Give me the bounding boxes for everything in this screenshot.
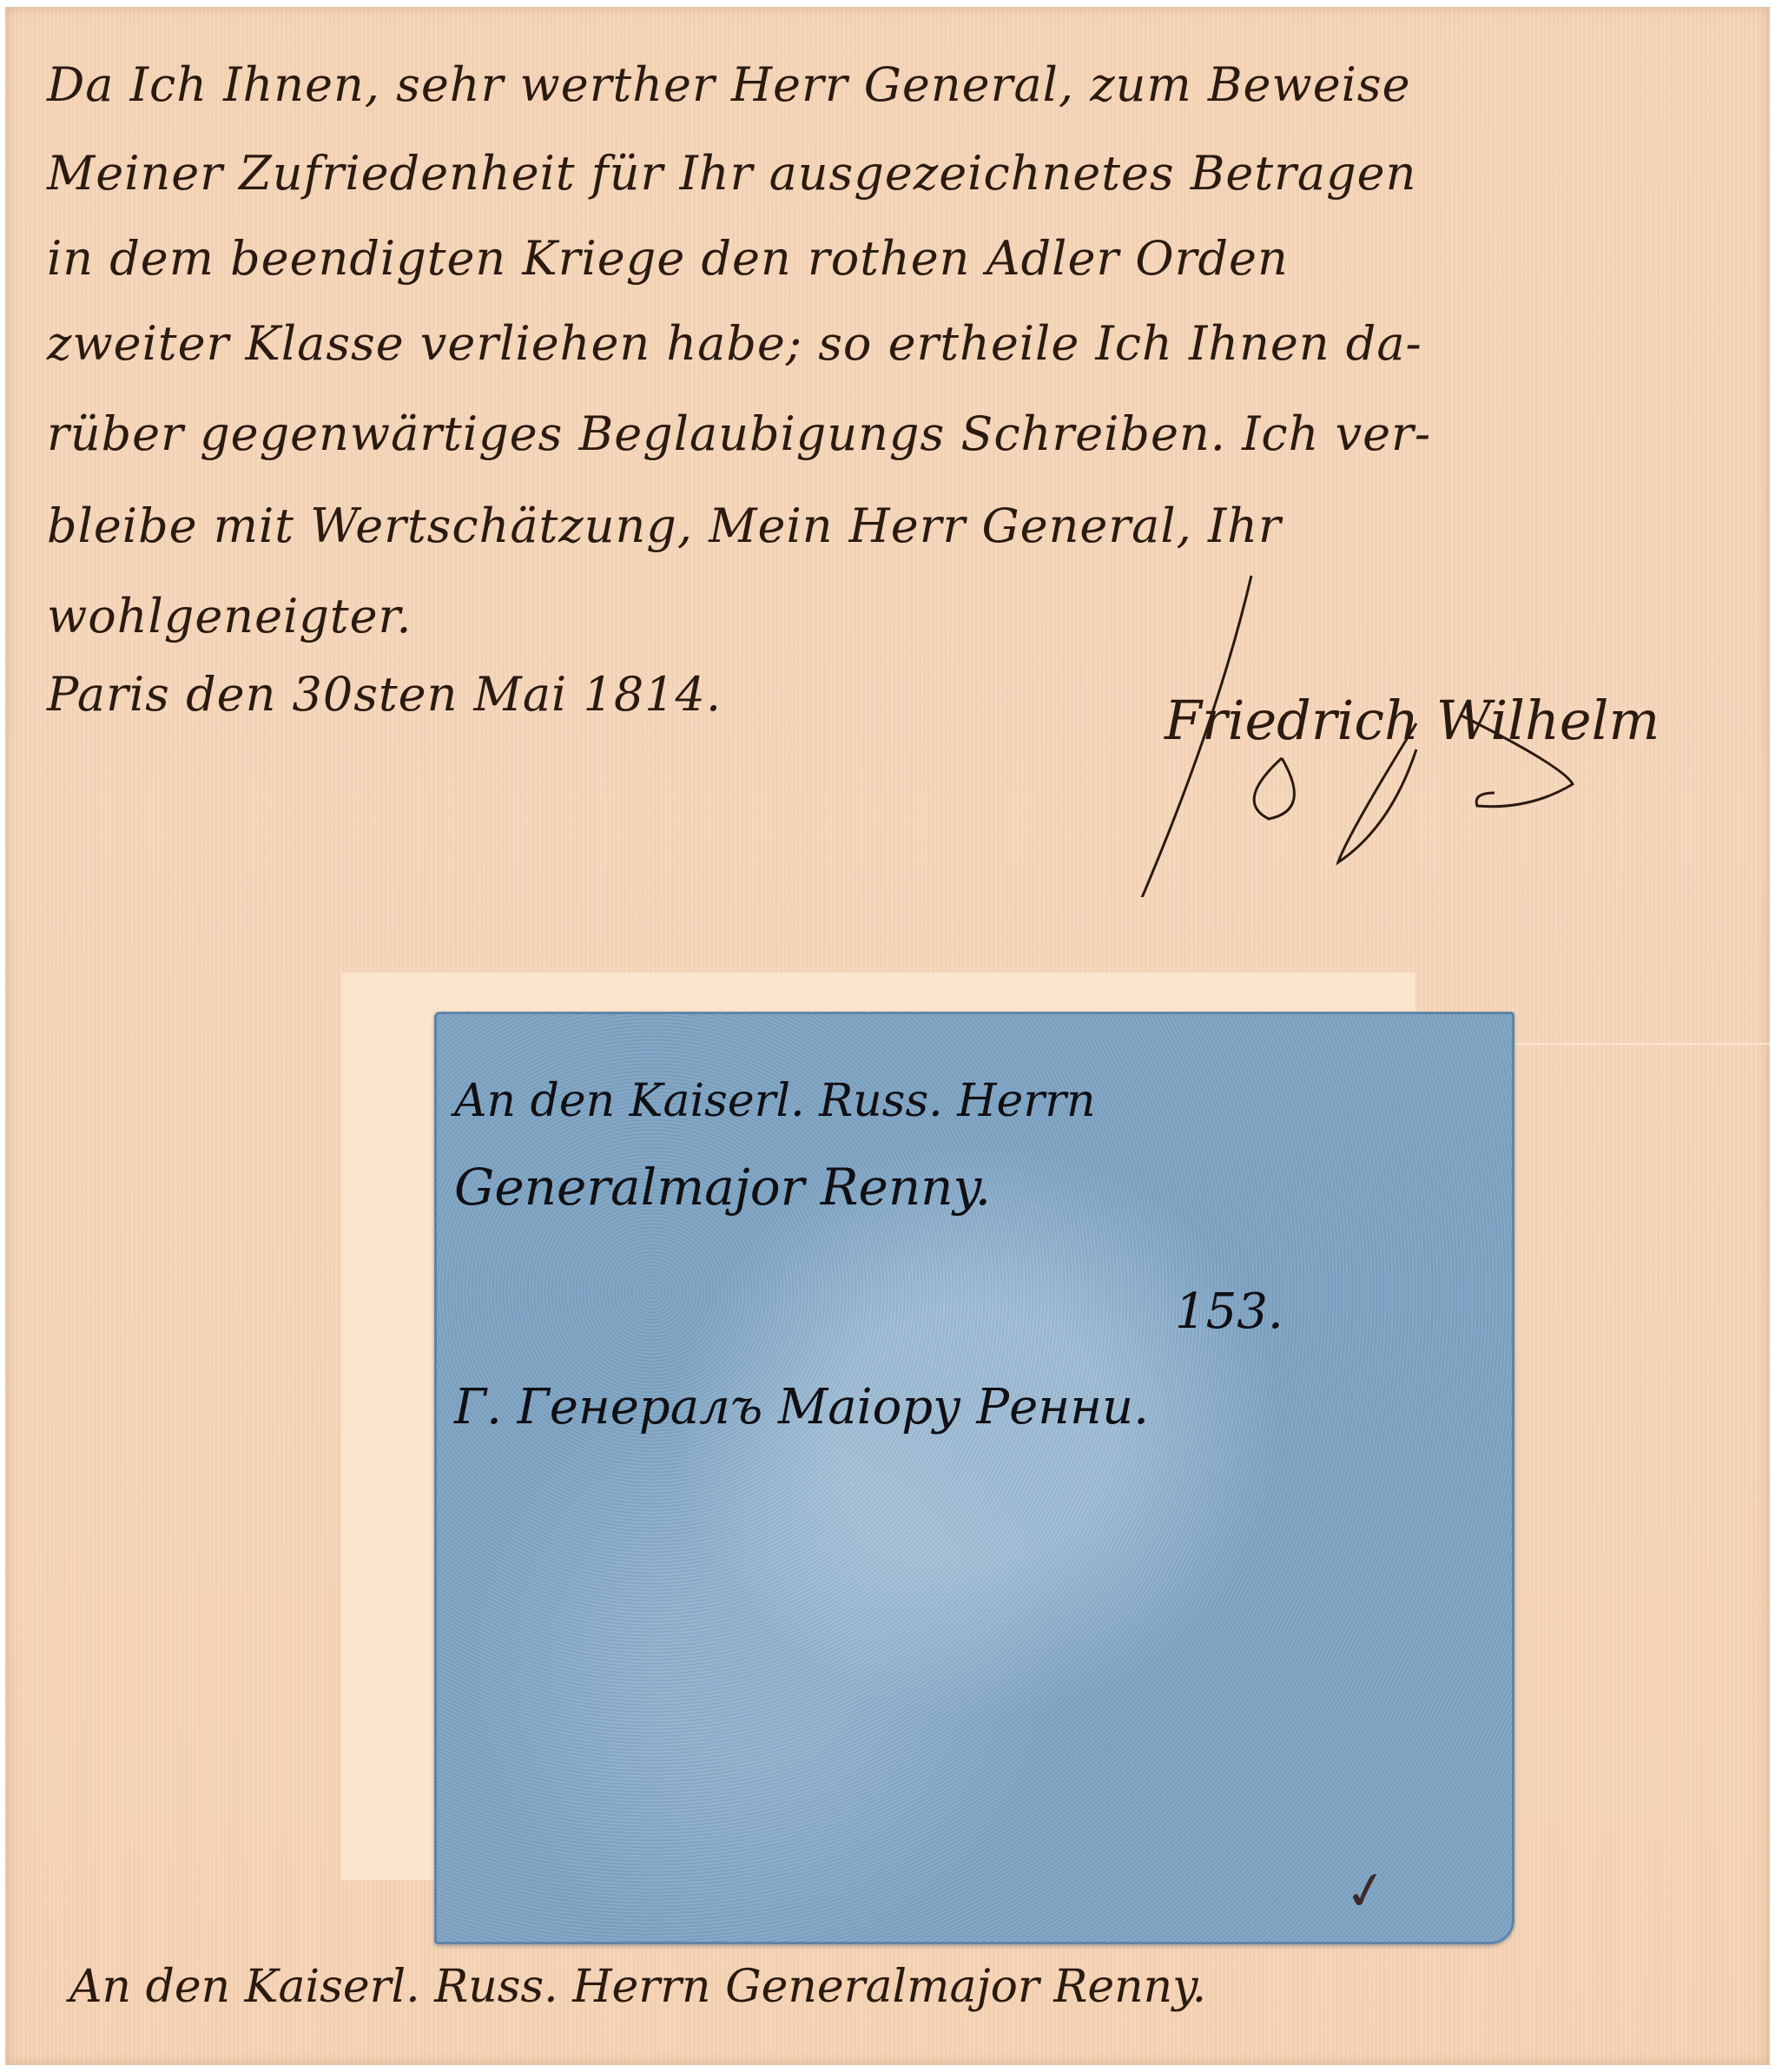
envelope: An den Kaiserl. Russ. Herrn Generalmajor…	[434, 1012, 1514, 1944]
letter-line-2: Meiner Zufriedenheit für Ihr ausgezeichn…	[47, 146, 1416, 201]
letter-line-4: zweiter Klasse verliehen habe; so erthei…	[47, 316, 1422, 371]
signature-text: Friedrich Wilhelm	[1165, 689, 1660, 752]
footer-caption: An den Kaiserl. Russ. Herrn Generalmajor…	[69, 1961, 1206, 2013]
signature: Friedrich Wilhelm	[1130, 654, 1729, 914]
letter-dateline: Paris den 30sten Mai 1814.	[47, 667, 722, 722]
letter-line-5: rüber gegenwärtiges Beglaubigungs Schrei…	[47, 406, 1431, 461]
letter-line-7: wohlgeneigter.	[47, 589, 412, 643]
letter-line-1: Da Ich Ihnen, sehr werther Herr General,…	[47, 57, 1411, 112]
envelope-address-line-1: An den Kaiserl. Russ. Herrn	[454, 1075, 1096, 1127]
letter-line-3: in dem beendigten Kriege den rothen Adle…	[47, 231, 1289, 286]
envelope-number: 153.	[1175, 1283, 1283, 1340]
envelope-address-line-2: Generalmajor Renny.	[454, 1158, 991, 1217]
envelope-russian-address: Г. Генералъ Маiору Ренни.	[454, 1379, 1149, 1435]
check-mark-icon: ✓	[1339, 1858, 1393, 1925]
letter-line-6: bleibe mit Wertschätzung, Mein Herr Gene…	[47, 498, 1282, 553]
